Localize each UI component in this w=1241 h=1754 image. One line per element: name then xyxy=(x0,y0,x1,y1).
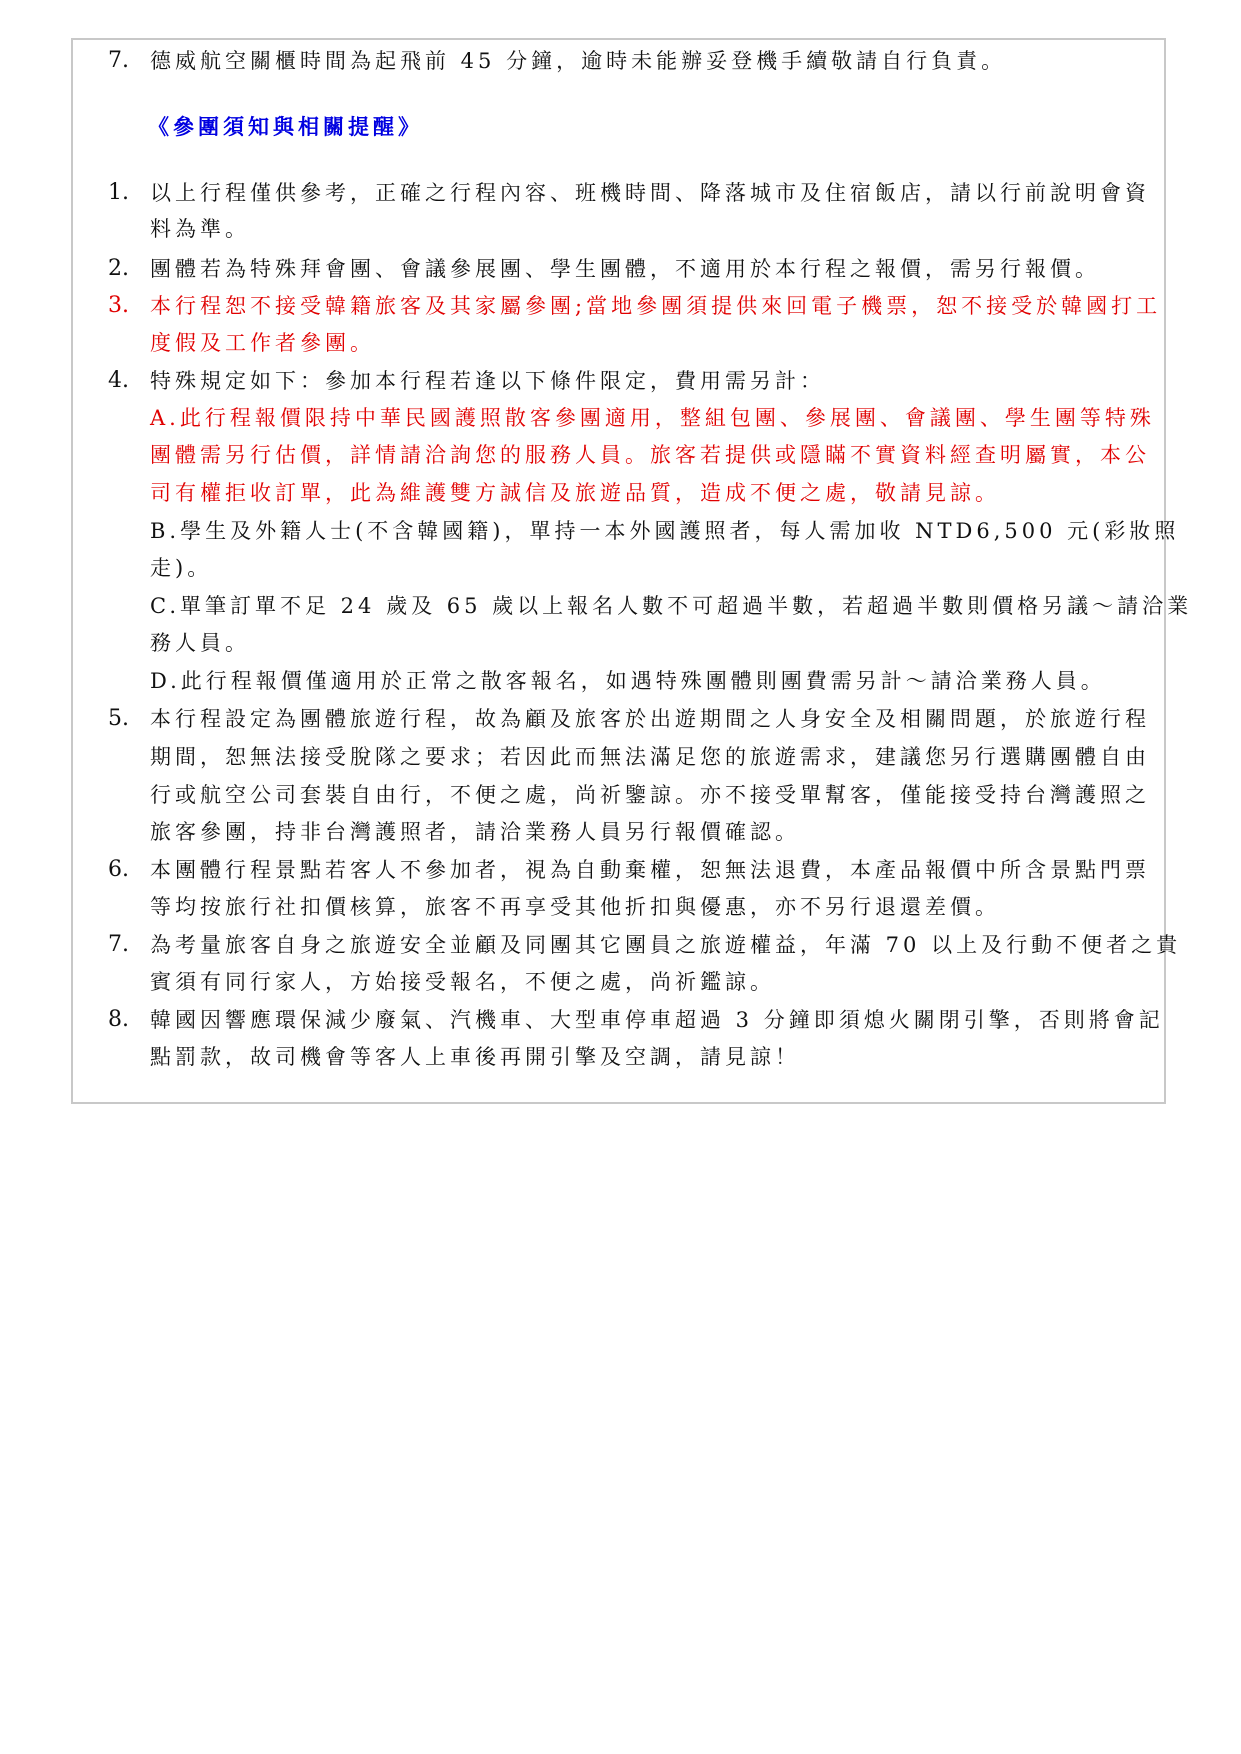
subitem-c-line: 務人員。 xyxy=(150,630,250,656)
item-text-line: 期間，恕無法接受脫隊之要求；若因此而無法滿足您的旅遊需求，建議您另行選購團體自由 xyxy=(150,744,1150,770)
subitem-d-line: D.此行程報價僅適用於正常之散客報名，如遇特殊團體則團費需另計～請洽業務人員。 xyxy=(150,668,1106,694)
item-number: 2. xyxy=(108,256,129,282)
item-text-line: 行或航空公司套裝自由行，不便之處，尚祈鑒諒。亦不接受單幫客，僅能接受持台灣護照之 xyxy=(150,782,1150,808)
subitem-a-line: 團體需另行估價，詳情請洽詢您的服務人員。旅客若提供或隱瞞不實資料經查明屬實，本公 xyxy=(150,442,1150,468)
item-text-line: 度假及工作者參團。 xyxy=(150,330,375,356)
item-number: 6. xyxy=(108,857,129,883)
item-text-line: 本行程恕不接受韓籍旅客及其家屬參團;當地參團須提供來回電子機票，恕不接受於韓國打… xyxy=(150,293,1161,319)
item-text-line: 本行程設定為團體旅遊行程，故為顧及旅客於出遊期間之人身安全及相關問題，於旅遊行程 xyxy=(150,706,1150,732)
subitem-a-line: A.此行程報價限持中華民國護照散客參團適用，整組包團、參展團、會議團、學生團等特… xyxy=(150,405,1155,431)
item-number: 1. xyxy=(108,180,129,206)
subitem-b-line: 走)。 xyxy=(150,555,212,581)
item-number: 3. xyxy=(108,293,129,319)
item-text-line: 點罰款，故司機會等客人上車後再開引擎及空調，請見諒！ xyxy=(150,1044,800,1070)
item-text-line: 特殊規定如下：參加本行程若逢以下條件限定，費用需另計： xyxy=(150,368,825,394)
prev-item-text: 德威航空關櫃時間為起飛前 45 分鐘，逾時未能辦妥登機手續敬請自行負責。 xyxy=(150,48,1006,74)
section-heading: 《參團須知與相關提醒》 xyxy=(148,114,423,140)
subitem-a-line: 司有權拒收訂單，此為維護雙方誠信及旅遊品質，造成不便之處，敬請見諒。 xyxy=(150,480,1000,506)
item-text-line: 賓須有同行家人，方始接受報名，不便之處，尚祈鑑諒。 xyxy=(150,969,775,995)
item-number: 7. xyxy=(108,932,129,958)
item-number: 8. xyxy=(108,1007,129,1033)
item-text-line: 團體若為特殊拜會團、會議參展團、學生團體，不適用於本行程之報價，需另行報價。 xyxy=(150,256,1100,282)
item-text-line: 韓國因響應環保減少廢氣、汽機車、大型車停車超過 3 分鐘即須熄火關閉引擎，否則將… xyxy=(150,1007,1164,1033)
item-number: 5. xyxy=(108,706,129,732)
item-text-line: 本團體行程景點若客人不參加者，視為自動棄權，恕無法退費，本產品報價中所含景點門票 xyxy=(150,857,1150,883)
item-text-line: 料為準。 xyxy=(150,216,250,242)
item-text-line: 等均按旅行社扣價核算，旅客不再享受其他折扣與優惠，亦不另行退還差價。 xyxy=(150,894,1000,920)
item-number: 4. xyxy=(108,368,129,394)
item-text-line: 旅客參團，持非台灣護照者，請洽業務人員另行報價確認。 xyxy=(150,819,800,845)
subitem-c-line: C.單筆訂單不足 24 歲及 65 歲以上報名人數不可超過半數，若超過半數則價格… xyxy=(150,593,1192,619)
item-text-line: 為考量旅客自身之旅遊安全並顧及同團其它團員之旅遊權益，年滿 70 以上及行動不便… xyxy=(150,932,1181,958)
subitem-b-line: B.學生及外籍人士(不含韓國籍)，單持一本外國護照者，每人需加收 NTD6,50… xyxy=(150,518,1179,544)
prev-item-number: 7. xyxy=(108,48,129,74)
item-text-line: 以上行程僅供參考，正確之行程內容、班機時間、降落城市及住宿飯店，請以行前說明會資 xyxy=(150,180,1150,206)
